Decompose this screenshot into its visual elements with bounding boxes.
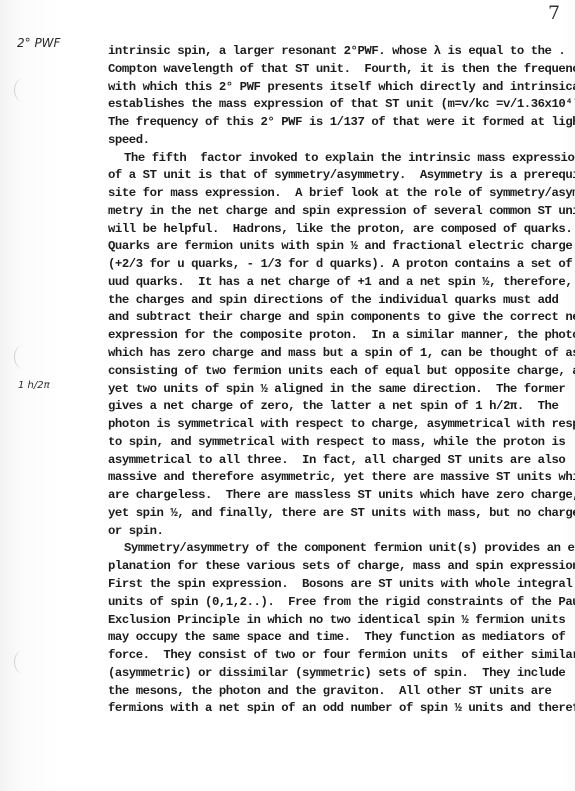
text-line: metry in the net charge and spin express… — [108, 203, 575, 221]
page-number: 7 — [548, 2, 560, 24]
text-line: force. They consist of two or four fermi… — [108, 647, 575, 665]
text-line: and subtract their charge and spin compo… — [108, 309, 575, 327]
text-line: (asymmetric) or dissimilar (symmetric) s… — [108, 665, 575, 683]
text-line: planation for these various sets of char… — [108, 558, 575, 576]
punch-hole-icon — [14, 78, 33, 102]
text-line: with which this 2° PWF presents itself w… — [108, 79, 575, 97]
text-line: or spin. — [108, 523, 575, 541]
paragraph-start-line: The fifth factor invoked to explain the … — [108, 150, 575, 168]
text-line: First the spin expression. Bosons are ST… — [108, 576, 575, 594]
margin-note-h-over-2pi: 1 h/2π — [18, 380, 50, 391]
text-line: of a ST unit is that of symmetry/asymmet… — [108, 167, 575, 185]
margin-note-2-pwf: 2° PWF — [17, 36, 60, 50]
text-line: Quarks are fermion units with spin ½ and… — [108, 238, 575, 256]
text-line: yet spin ½, and finally, there are ST un… — [108, 505, 575, 523]
text-line: asymmetrical to all three. In fact, all … — [108, 452, 575, 470]
text-line: intrinsic spin, a larger resonant 2°PWF.… — [108, 43, 575, 61]
text-line: speed. — [108, 132, 575, 150]
typed-text-body: intrinsic spin, a larger resonant 2°PWF.… — [108, 43, 575, 718]
text-line: consisting of two fermion units each of … — [108, 363, 575, 381]
text-line: will be helpful. Hadrons, like the proto… — [108, 221, 575, 239]
punch-hole-icon — [14, 650, 33, 674]
text-line: uud quarks. It has a net charge of +1 an… — [108, 274, 575, 292]
text-line: to spin, and symmetrical with respect to… — [108, 434, 575, 452]
text-line: are chargeless. There are massless ST un… — [108, 487, 575, 505]
text-line: yet two units of spin ½ aligned in the s… — [108, 381, 575, 399]
text-line: photon is symmetrical with respect to ch… — [108, 416, 575, 434]
text-line: site for mass expression. A brief look a… — [108, 185, 575, 203]
text-line: fermions with a net spin of an odd numbe… — [108, 700, 575, 718]
text-line: gives a net charge of zero, the latter a… — [108, 398, 575, 416]
text-line: The frequency of this 2° PWF is 1/137 of… — [108, 114, 575, 132]
paragraph-start-line: Symmetry/asymmetry of the component ferm… — [108, 540, 575, 558]
text-line: Compton wavelength of that ST unit. Four… — [108, 61, 575, 79]
text-line: (+2/3 for u quarks, - 1/3 for d quarks).… — [108, 256, 575, 274]
text-line: which has zero charge and mass but a spi… — [108, 345, 575, 363]
text-line: units of spin (0,1,2..). Free from the r… — [108, 594, 575, 612]
text-line: massive and therefore asymmetric, yet th… — [108, 469, 575, 487]
text-line: expression for the composite proton. In … — [108, 327, 575, 345]
text-line: establishes the mass expression of that … — [108, 96, 575, 114]
document-page: 7 2° PWF 1 h/2π intrinsic spin, a larger… — [0, 0, 575, 791]
text-line: Exclusion Principle in which no two iden… — [108, 612, 575, 630]
punch-hole-icon — [14, 345, 33, 369]
text-line: the mesons, the photon and the graviton.… — [108, 683, 575, 701]
text-line: the charges and spin directions of the i… — [108, 292, 575, 310]
text-line: may occupy the same space and time. They… — [108, 629, 575, 647]
